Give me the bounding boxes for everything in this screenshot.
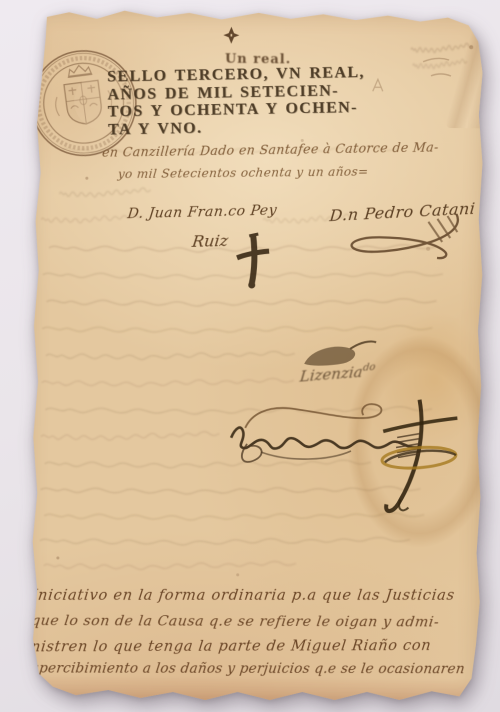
foxing-spots: [56, 41, 473, 579]
signature-cross-icon: [237, 234, 270, 289]
rubric-flourish-icon: [351, 213, 457, 258]
licenciado-flourish: [305, 341, 376, 366]
manuscript-page: Un real. SELLO TERCERO, VN REAL, AÑOS DE…: [20, 6, 489, 707]
paper-sheet: Un real. SELLO TERCERO, VN REAL, AÑOS DE…: [20, 6, 489, 707]
ink-flourishes: [20, 6, 489, 707]
central-signature-flourish: [230, 398, 457, 512]
photo-of-manuscript: Un real. SELLO TERCERO, VN REAL, AÑOS DE…: [0, 0, 500, 712]
